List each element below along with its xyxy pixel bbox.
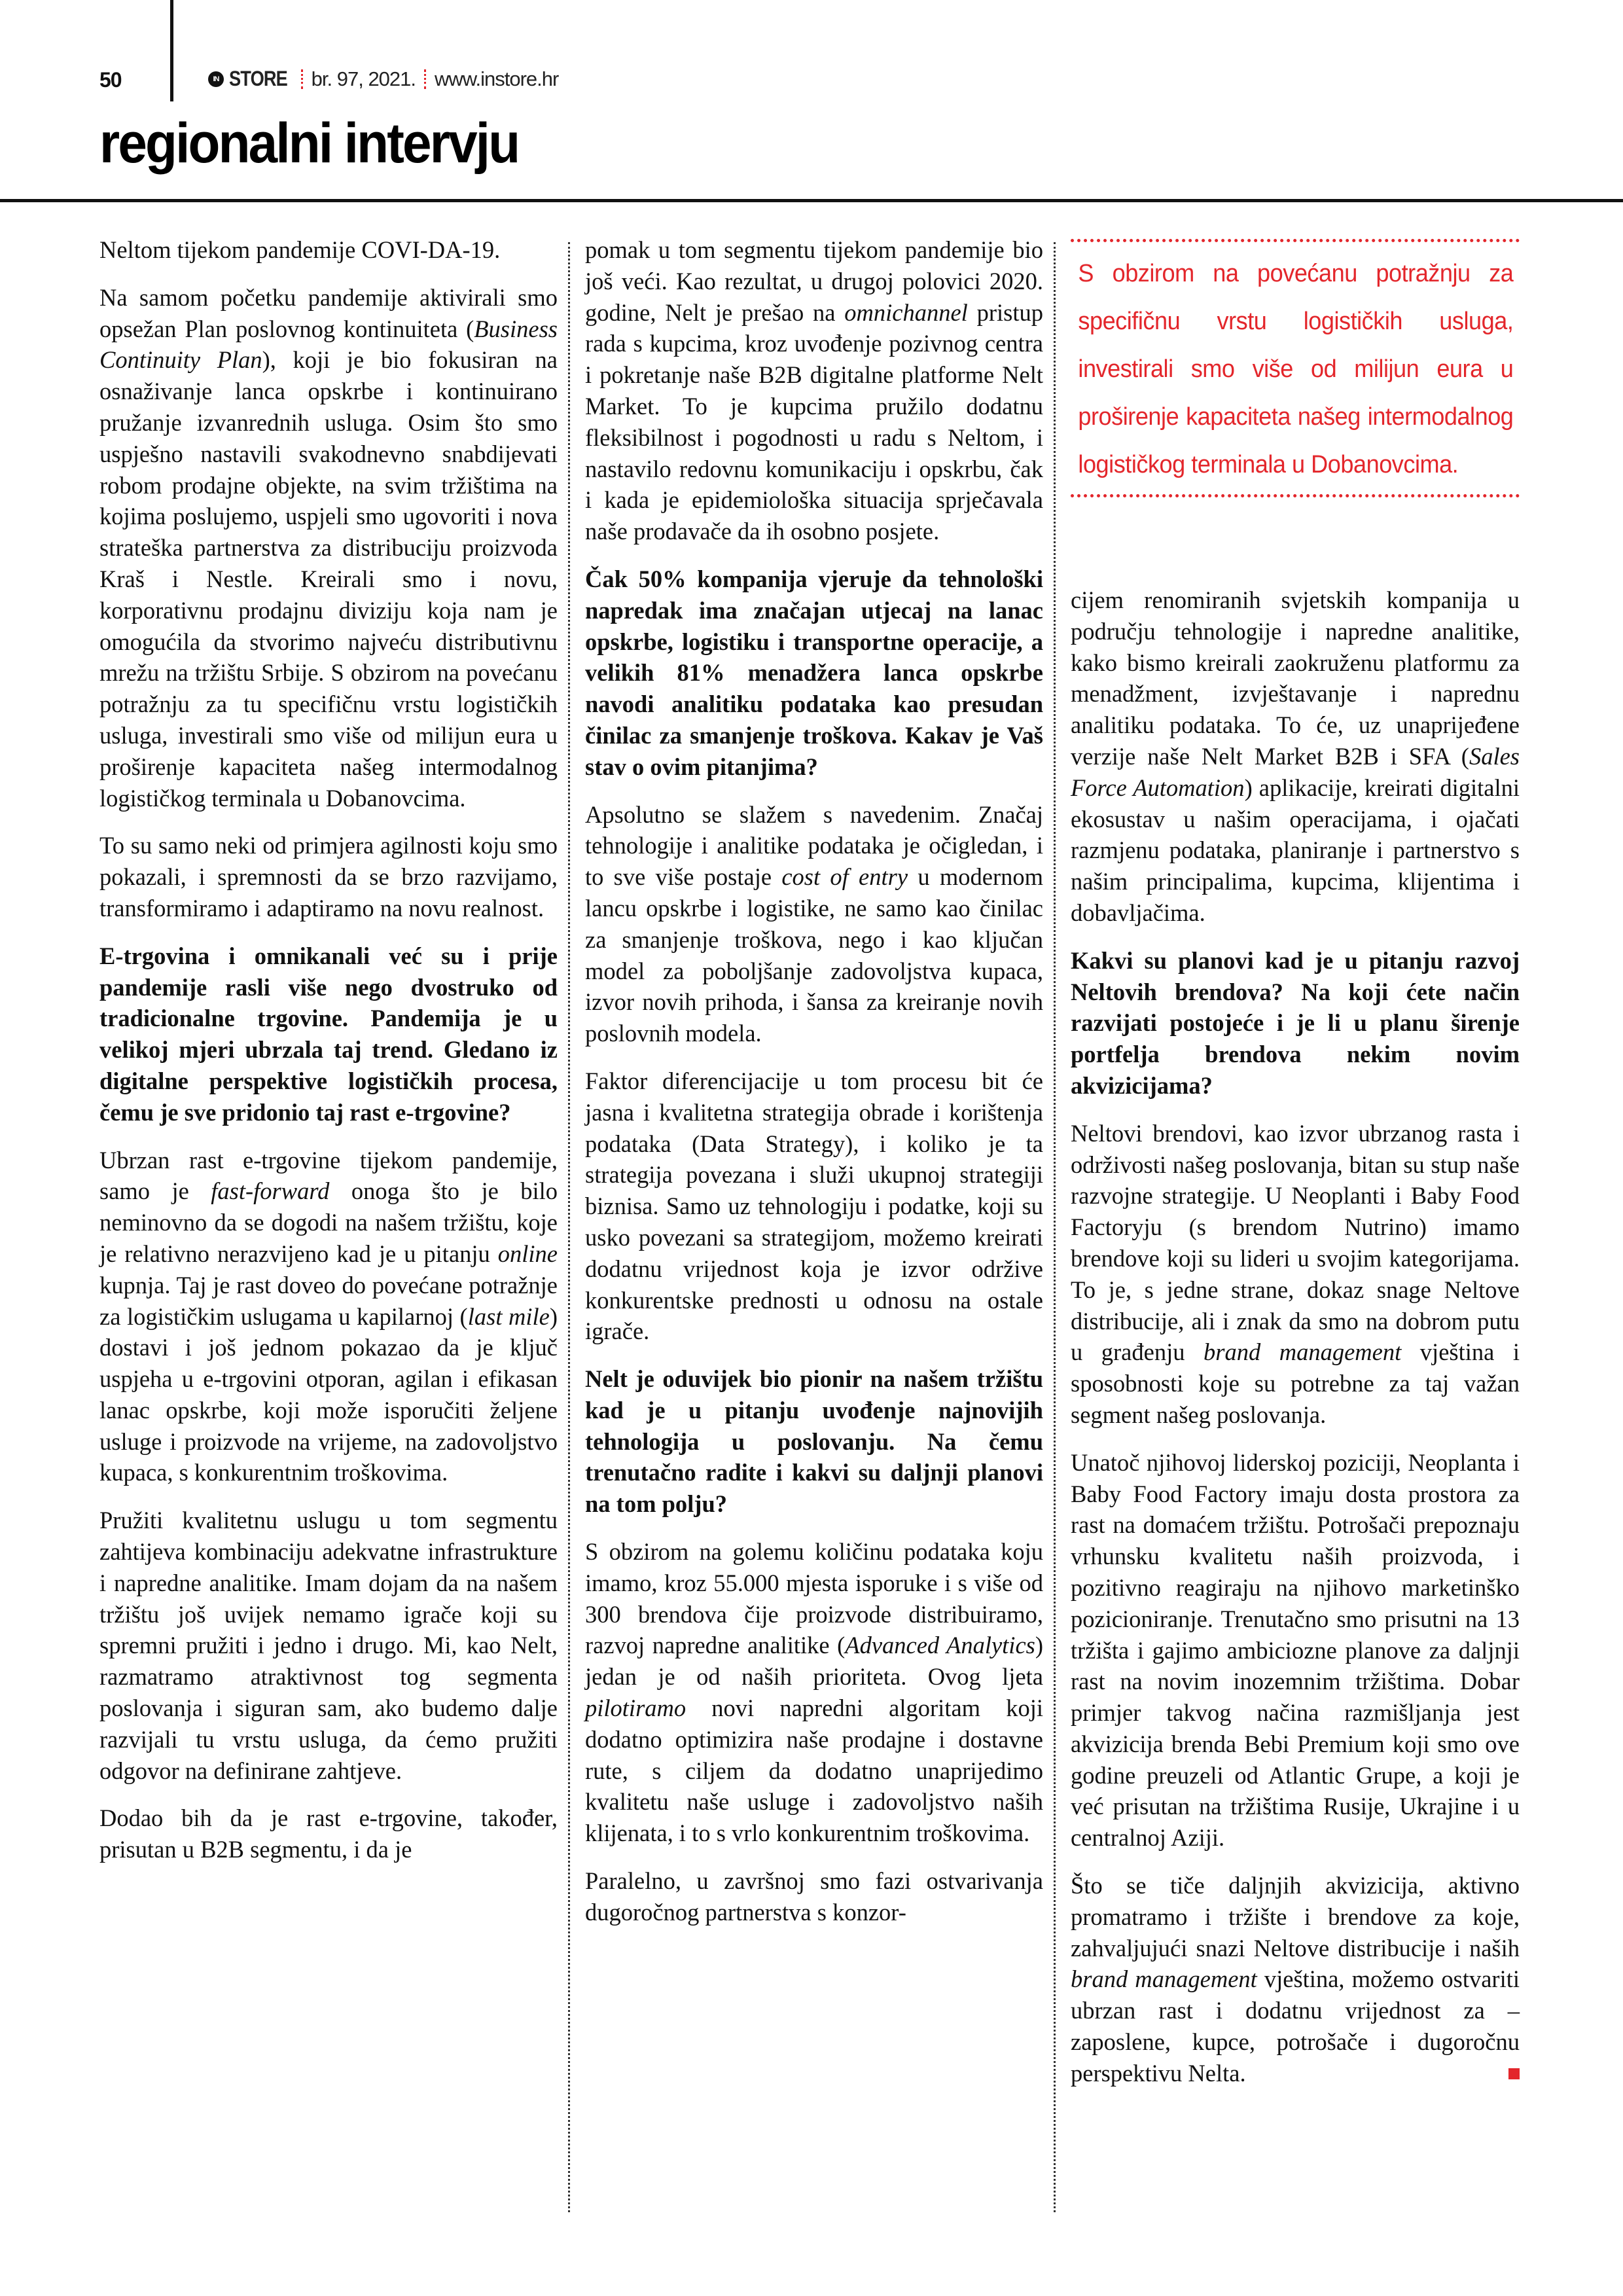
column-divider: [568, 242, 570, 2212]
paragraph: cijem renomiranih svjetskih kompanija u …: [1071, 584, 1520, 929]
interview-question: Čak 50% kompanija vjeruje da tehnološki …: [585, 564, 1043, 783]
paragraph: Ubrzan rast e-trgovine tijekom pandemije…: [99, 1145, 558, 1489]
paragraph: Na samom početku pandemije aktivirali sm…: [99, 282, 558, 814]
end-of-article-square-icon: [1508, 2068, 1520, 2079]
paragraph: Dodao bih da je rast e-trgovine, također…: [99, 1803, 558, 1865]
paragraph: Neltom tijekom pandemije COVI-DA-19.: [99, 234, 558, 266]
article-column-1: Neltom tijekom pandemije COVI-DA-19. Na …: [99, 234, 558, 1882]
paragraph: Paralelno, u završnoj smo fazi ostvariva…: [585, 1865, 1043, 1928]
masthead: IN STORE br. 97, 2021. www.instore.hr: [208, 67, 558, 91]
dotted-separator: [424, 69, 426, 89]
header-vertical-rule: [170, 0, 173, 101]
pull-quote: S obzirom na povećanu potražnju za speci…: [1071, 239, 1520, 497]
issue-number: br. 97, 2021.: [312, 67, 416, 91]
header-rule: [0, 199, 1623, 202]
paragraph: Neltovi brendovi, kao izvor ubrzanog ras…: [1071, 1118, 1520, 1431]
website-link[interactable]: www.instore.hr: [435, 67, 558, 91]
interview-question: Nelt je oduvijek bio pionir na našem trž…: [585, 1363, 1043, 1520]
paragraph: pomak u tom segmentu tijekom pandemije b…: [585, 234, 1043, 547]
paragraph: Unatoč njihovoj liderskoj poziciji, Neop…: [1071, 1447, 1520, 1854]
brand-name: STORE: [229, 67, 287, 91]
pull-quote-text: S obzirom na povećanu potražnju za speci…: [1071, 242, 1521, 494]
paragraph: Pružiti kvalitetnu uslugu u tom segmentu…: [99, 1505, 558, 1786]
paragraph: To su samo neki od primjera agilnosti ko…: [99, 830, 558, 924]
article-column-3: cijem renomiranih svjetskih kompanija u …: [1071, 584, 1520, 2106]
pull-quote-bottom-rule: [1071, 494, 1520, 497]
interview-question: E-trgovina i omnikanali već su i prije p…: [99, 941, 558, 1128]
paragraph: S obzirom na golemu količinu podataka ko…: [585, 1536, 1043, 1849]
page-number: 50: [99, 68, 122, 92]
paragraph: Apsolutno se slažem s navedenim. Značaj …: [585, 799, 1043, 1049]
paragraph: Faktor diferencijacije u tom procesu bit…: [585, 1066, 1043, 1347]
paragraph: Što se tiče daljnjih akvizicija, aktivno…: [1071, 1870, 1520, 2089]
dotted-separator: [301, 69, 303, 89]
article-column-2: pomak u tom segmentu tijekom pandemije b…: [585, 234, 1043, 1945]
section-title: regionalni intervju: [99, 111, 518, 176]
column-divider: [1054, 242, 1056, 2212]
instore-logo-icon: IN: [208, 71, 224, 87]
interview-question: Kakvi su planovi kad je u pitanju razvoj…: [1071, 945, 1520, 1102]
